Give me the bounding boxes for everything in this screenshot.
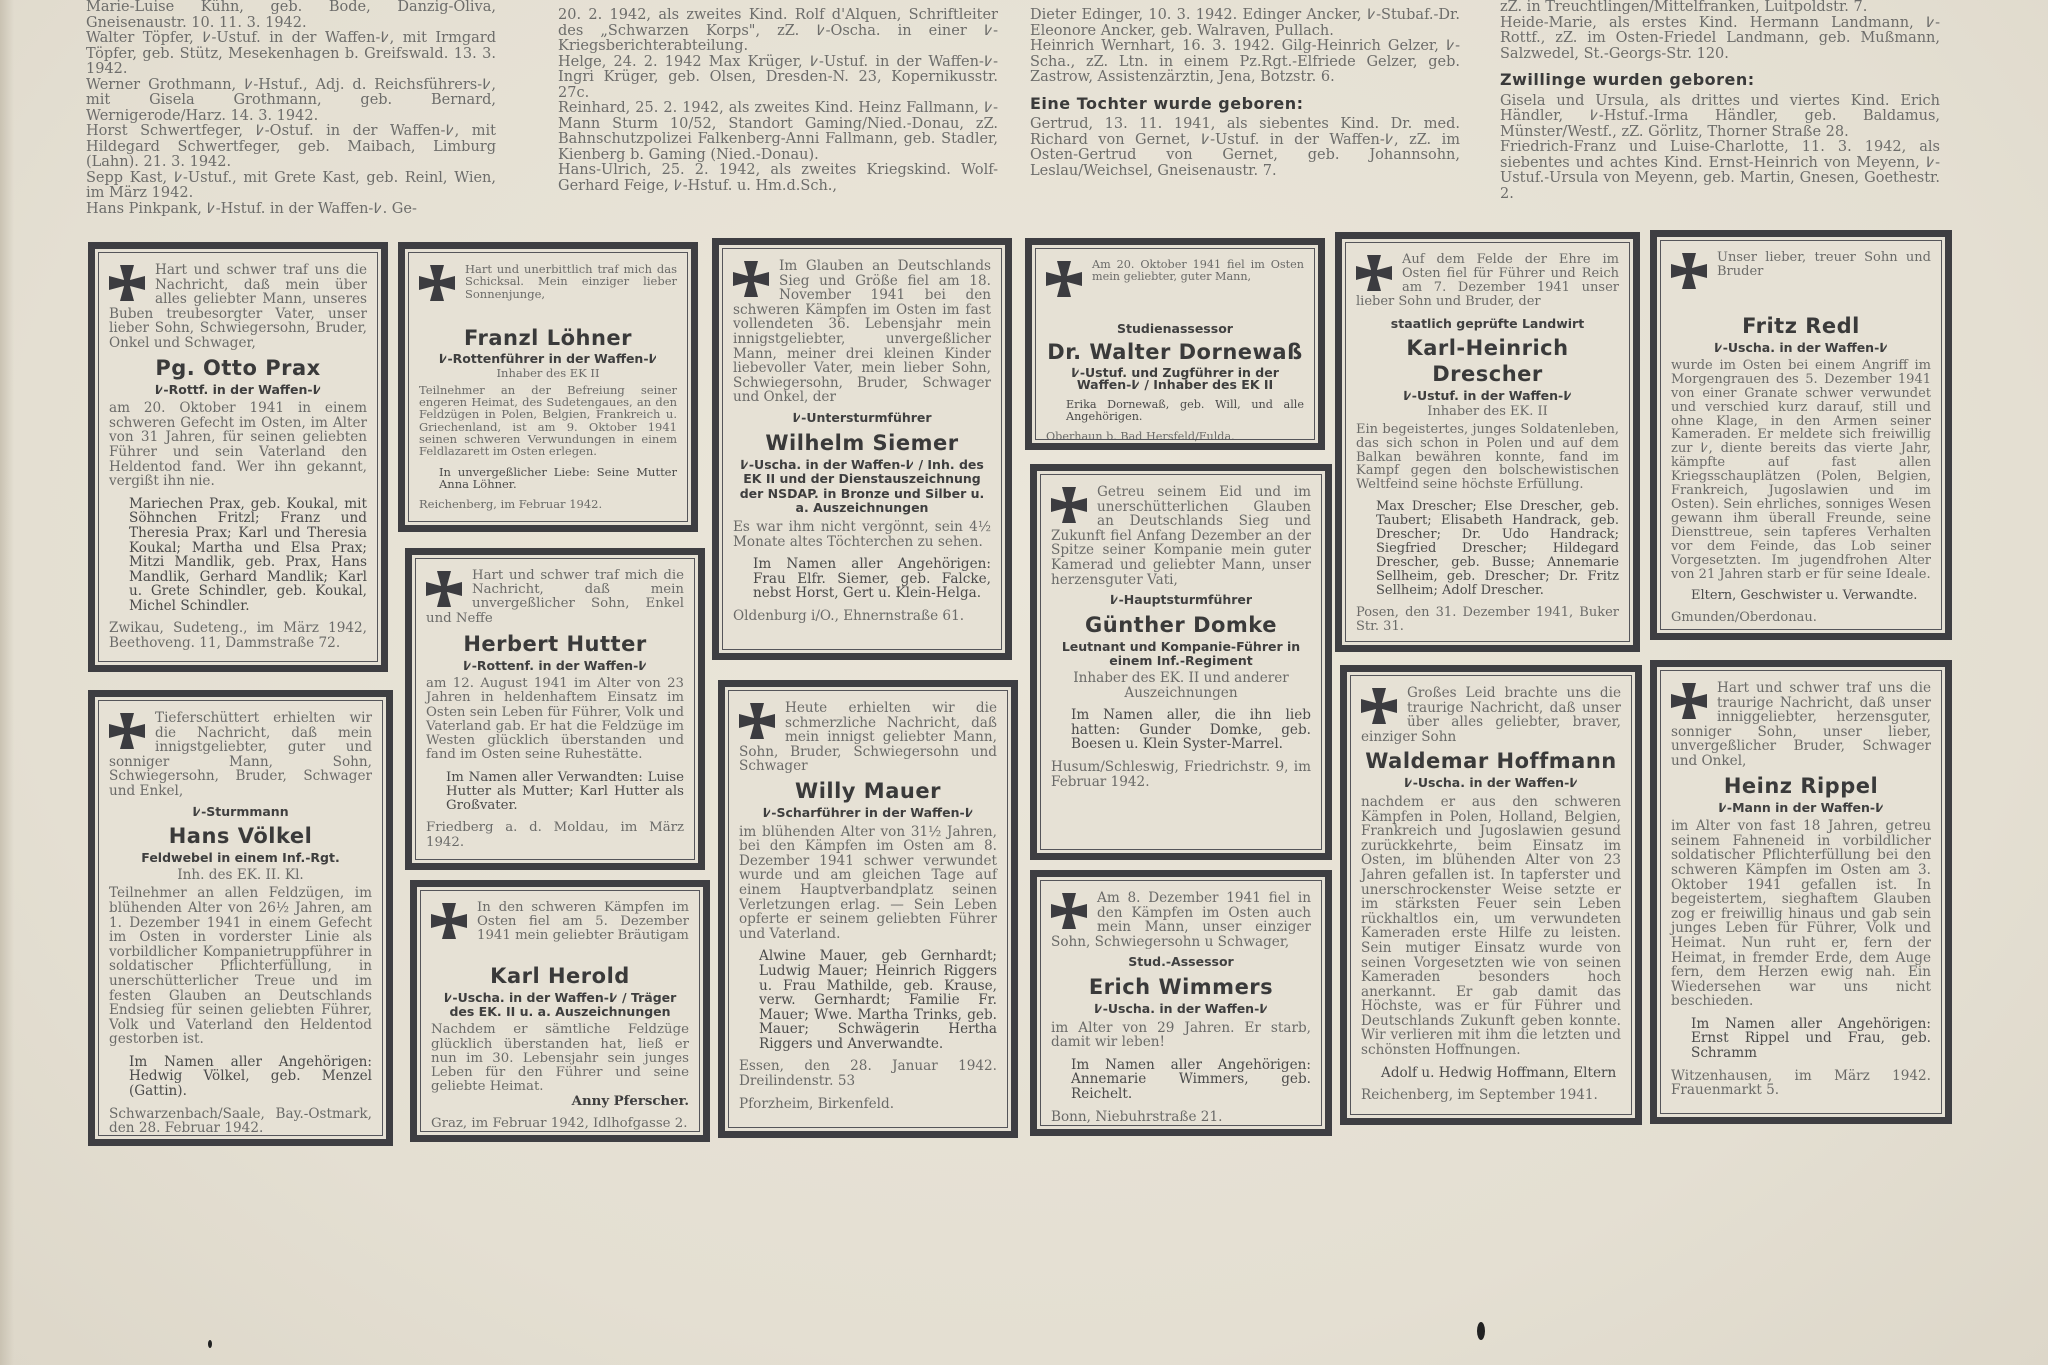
announcement: Helge, 24. 2. 1942 Max Krüger, ߇-Ustuf. … <box>558 55 998 102</box>
obituary-notice: Tieferschüttert erhielten wir die Nachri… <box>88 690 393 1146</box>
notice-intro: In den schweren Kämpfen im Osten fiel am… <box>431 901 689 959</box>
notice-unit: ߇-Uscha. in der Waffen-߇ <box>1361 776 1621 791</box>
announcement-column-2: 20. 2. 1942, als zweites Kind. Rolf d'Al… <box>558 8 998 194</box>
notice-mourners: Eltern, Geschwister u. Verwandte. <box>1691 589 1931 603</box>
announcement: Friedrich-Franz und Luise-Charlotte, 11.… <box>1500 140 1940 202</box>
notice-intro: Tieferschüttert erhielten wir die Nachri… <box>109 711 372 799</box>
notice-place-date: Essen, den 28. Januar 1942. Dreilindenst… <box>739 1059 997 1088</box>
notice-body: Es war ihm nicht vergönnt, sein 4½ Monat… <box>733 520 991 549</box>
notice-unit: Feldwebel in einem Inf.-Rgt. <box>109 851 372 866</box>
notice-intro-text: Großes Leid brachte uns die traurige Nac… <box>1361 685 1621 745</box>
notice-name: Karl-Heinrich Drescher <box>1356 335 1619 387</box>
notice-mourners: Max Drescher; Else Drescher, geb. Tauber… <box>1376 500 1619 597</box>
announcement: Hans-Ulrich, 25. 2. 1942, als zweites Kr… <box>558 163 998 194</box>
notice-decoration: Inhaber des EK II <box>419 367 677 379</box>
announcement: Gertrud, 13. 11. 1941, als siebentes Kin… <box>1030 117 1460 179</box>
notice-body: Nachdem er sämtliche Feldzüge glücklich … <box>431 1023 689 1094</box>
notice-intro-text: Tieferschüttert erhielten wir die Nachri… <box>109 710 372 799</box>
notice-name: Herbert Hutter <box>426 631 684 657</box>
notice-place-date: Friedberg a. d. Moldau, im März 1942. <box>426 821 684 849</box>
notice-place-date: Graz, im Februar 1942, Idlhofgasse 2. <box>431 1117 689 1131</box>
obituary-notice: Unser lieber, treuer Sohn und BruderFrit… <box>1650 230 1952 640</box>
notice-name: Erich Wimmers <box>1051 974 1311 1000</box>
iron-cross-icon <box>739 703 775 739</box>
notice-mourners: Mariechen Prax, geb. Koukal, mit Söhnche… <box>129 497 367 614</box>
iron-cross-icon <box>1046 261 1082 297</box>
iron-cross-icon <box>1051 893 1087 929</box>
notice-name: Franzl Löhner <box>419 325 677 351</box>
notice-place-date: Reichenberg, im Februar 1942. <box>419 498 677 510</box>
announcement: Sepp Kast, ߇-Ustuf., mit Grete Kast, geb… <box>86 171 496 202</box>
notice-name: Hans Völkel <box>109 823 372 849</box>
notice-unit: ߇-Rottf. in der Waffen-߇ <box>109 383 367 398</box>
page-edge-shadow <box>0 0 14 1365</box>
notice-intro-text: Getreu seinem Eid und im unerschütterlic… <box>1051 484 1311 588</box>
notice-place-date: Husum/Schleswig, Friedrichstr. 9, im Feb… <box>1051 760 1311 789</box>
notice-place-date: Witzenhausen, im März 1942. Frauenmarkt … <box>1671 1069 1931 1098</box>
notice-place-secondary: Pforzheim, Birkenfeld. <box>739 1097 997 1112</box>
notice-intro-text: Hart und schwer traf uns die traurige Na… <box>1671 680 1931 769</box>
iron-cross-icon <box>109 265 145 301</box>
iron-cross-icon <box>431 903 467 939</box>
obituary-notice: Am 8. Dezember 1941 fiel in den Kämpfen … <box>1030 870 1332 1136</box>
ink-speck <box>208 1340 212 1348</box>
notice-name: Karl Herold <box>431 963 689 989</box>
iron-cross-icon <box>1361 688 1397 724</box>
notice-name: Waldemar Hoffmann <box>1361 748 1621 774</box>
notice-body: Ein begeistertes, junges Soldatenleben, … <box>1356 423 1619 493</box>
notice-body: im blühenden Alter von 31½ Jahren, bei d… <box>739 825 997 942</box>
notice-mourners: Alwine Mauer, geb Gernhardt; Ludwig Maue… <box>759 949 997 1051</box>
notice-intro-text: Hart und schwer traf mich die Nachricht,… <box>426 568 684 626</box>
notice-mourners: Im Namen aller Verwandten: Luise Hutter … <box>446 771 684 814</box>
notice-mourners: Adolf u. Hedwig Hoffmann, Eltern <box>1381 1066 1621 1081</box>
notice-unit: ߇-Ustuf. und Zugführer in der Waffen-߇ /… <box>1046 367 1304 391</box>
notice-name: Wilhelm Siemer <box>733 430 991 456</box>
notice-decoration: Inhaber des EK. II und anderer Auszeichn… <box>1051 671 1311 700</box>
notice-name: Dr. Walter Dornewaß <box>1046 339 1304 365</box>
notice-intro-text: Hart und schwer traf uns die Nachricht, … <box>109 262 367 351</box>
notice-body: nachdem er aus den schweren Kämpfen in P… <box>1361 795 1621 1058</box>
obituary-notice: Hart und unerbittlich traf mich das Schi… <box>398 242 698 532</box>
notice-name: Günther Domke <box>1051 612 1311 638</box>
notice-body: am 20. Oktober 1941 in einem schweren Ge… <box>109 401 367 489</box>
notice-intro: Unser lieber, treuer Sohn und Bruder <box>1671 251 1931 309</box>
notice-intro-text: In den schweren Kämpfen im Osten fiel am… <box>477 900 689 943</box>
section-heading: Eine Tochter wurde geboren: <box>1030 96 1460 112</box>
obituary-notice: Großes Leid brachte uns die traurige Nac… <box>1340 665 1642 1125</box>
obituary-notice: Am 20. Oktober 1941 fiel im Osten mein g… <box>1025 238 1325 450</box>
notice-intro-text: Unser lieber, treuer Sohn und Bruder <box>1717 250 1931 279</box>
iron-cross-icon <box>1051 487 1087 523</box>
notice-mourners: Im Namen aller, die ihn lieb hatten: Gun… <box>1071 708 1311 752</box>
iron-cross-icon <box>109 713 145 749</box>
announcement: Horst Schwertfeger, ߇-Ostuf. in der Waff… <box>86 124 496 171</box>
announcement-column-4: zZ. in Treuchtlingen/Mittelfranken, Luit… <box>1500 0 1940 202</box>
notice-rank: ߇-Untersturmführer <box>733 411 991 426</box>
announcement: Dieter Edinger, 10. 3. 1942. Edinger Anc… <box>1030 8 1460 39</box>
obituary-notice: In den schweren Kämpfen im Osten fiel am… <box>410 880 710 1142</box>
notice-intro: Im Glauben an Deutschlands Sieg und Größ… <box>733 259 991 405</box>
notice-unit: ߇-Uscha. in der Waffen-߇ / Inh. des EK I… <box>733 458 991 516</box>
notice-mourners: Im Namen aller Angehörigen: Frau Elfr. S… <box>753 557 991 601</box>
obituary-notice: Getreu seinem Eid und im unerschütterlic… <box>1030 464 1332 860</box>
notice-unit: ߇-Uscha. in der Waffen-߇ <box>1051 1002 1311 1017</box>
notice-intro: Hart und unerbittlich traf mich das Schi… <box>419 263 677 321</box>
notice-decoration: Inhaber des EK. II <box>1356 405 1619 419</box>
iron-cross-icon <box>419 265 455 301</box>
announcement: Marie-Luise Kühn, geb. Bode, Danzig-Oliv… <box>86 0 496 31</box>
notice-place-date: Reichenberg, im September 1941. <box>1361 1088 1621 1103</box>
notice-intro: Großes Leid brachte uns die traurige Nac… <box>1361 686 1621 744</box>
notice-body: wurde im Osten bei einem Angriff im Morg… <box>1671 359 1931 582</box>
notice-unit: ߇-Scharführer in der Waffen-߇ <box>739 806 997 821</box>
announcement: Walter Töpfer, ߇-Ustuf. in der Waffen-߇,… <box>86 31 496 78</box>
notice-mourners: Im Namen aller Angehörigen: Ernst Rippel… <box>1691 1017 1931 1061</box>
notice-intro: Getreu seinem Eid und im unerschütterlic… <box>1051 485 1311 587</box>
announcement-column-1: Marie-Luise Kühn, geb. Bode, Danzig-Oliv… <box>86 0 496 217</box>
notice-unit: ߇-Rottenf. in der Waffen-߇ <box>426 659 684 673</box>
obituary-notice: Im Glauben an Deutschlands Sieg und Größ… <box>712 238 1012 660</box>
notice-body: am 12. August 1941 im Alter von 23 Jahre… <box>426 677 684 762</box>
iron-cross-icon <box>426 571 462 607</box>
ink-speck <box>1477 1322 1485 1340</box>
notice-unit: Leutnant und Kompanie-Führer in einem In… <box>1051 640 1311 669</box>
notice-place-date: Schwarzenbach/Saale, Bay.-Ostmark, den 2… <box>109 1107 372 1136</box>
notice-unit: ߇-Ustuf. in der Waffen-߇ <box>1356 389 1619 403</box>
notice-body: Teilnehmer an der Befreiung seiner enger… <box>419 384 677 458</box>
obituary-notice: Hart und schwer traf mich die Nachricht,… <box>405 548 705 870</box>
notice-name: Heinz Rippel <box>1671 773 1931 799</box>
notice-signoff: Anny Pferscher. <box>431 1095 689 1109</box>
notice-name: Willy Mauer <box>739 778 997 804</box>
notice-unit: ߇-Uscha. in der Waffen-߇ / Träger des EK… <box>431 991 689 1019</box>
notice-body: Teilnehmer an allen Feldzügen, im blühen… <box>109 886 372 1047</box>
notice-place-date: Posen, den 31. Dezember 1941, Buker Str.… <box>1356 606 1619 634</box>
announcement: Gisela und Ursula, als drittes und viert… <box>1500 94 1940 141</box>
notice-rank: ߇-Hauptsturmführer <box>1051 593 1311 608</box>
notice-decoration: Inh. des EK. II. Kl. <box>109 868 372 883</box>
notice-rank: staatlich geprüfte Landwirt <box>1356 317 1619 331</box>
notice-intro-text: Hart und unerbittlich traf mich das Schi… <box>465 262 677 301</box>
notice-intro: Am 20. Oktober 1941 fiel im Osten mein g… <box>1046 259 1304 317</box>
notice-intro: Hart und schwer traf uns die Nachricht, … <box>109 263 367 351</box>
iron-cross-icon <box>1671 253 1707 289</box>
notice-intro: Auf dem Felde der Ehre im Osten fiel für… <box>1356 253 1619 311</box>
obituary-notice: Hart und schwer traf uns die traurige Na… <box>1650 660 1952 1124</box>
announcement: Werner Grothmann, ߇-Hstuf., Adj. d. Reic… <box>86 78 496 125</box>
notice-rank: Stud.-Assessor <box>1051 955 1311 970</box>
notice-rank: Studienassessor <box>1046 323 1304 335</box>
obituary-notice: Hart und schwer traf uns die Nachricht, … <box>88 242 388 672</box>
section-heading: Zwillinge wurden geboren: <box>1500 72 1940 88</box>
notice-rank: ߇-Sturmmann <box>109 805 372 820</box>
notice-intro-text: Am 20. Oktober 1941 fiel im Osten mein g… <box>1092 258 1304 283</box>
notice-mourners: Erika Dornewaß, geb. Will, und alle Ange… <box>1066 399 1304 423</box>
notice-unit: ߇-Rottenführer in der Waffen-߇ <box>419 353 677 365</box>
notice-intro-text: Heute erhielten wir die schmerzliche Nac… <box>739 700 997 774</box>
notice-intro: Hart und schwer traf uns die traurige Na… <box>1671 681 1931 769</box>
notice-name: Pg. Otto Prax <box>109 355 367 381</box>
notice-intro-text: Im Glauben an Deutschlands Sieg und Größ… <box>733 258 991 405</box>
announcement: zZ. in Treuchtlingen/Mittelfranken, Luit… <box>1500 0 1940 16</box>
notice-mourners: Im Namen aller Angehörigen: Hedwig Völke… <box>129 1055 372 1099</box>
notice-mourners: In unvergeßlicher Liebe: Seine Mutter An… <box>439 466 677 491</box>
notice-place-date: Gmunden/Oberdonau. <box>1671 611 1931 625</box>
notice-body: im Alter von fast 18 Jahren, getreu sein… <box>1671 819 1931 1009</box>
iron-cross-icon <box>1356 255 1392 291</box>
announcement: Heide-Marie, als erstes Kind. Hermann La… <box>1500 16 1940 63</box>
notice-intro-text: Auf dem Felde der Ehre im Osten fiel für… <box>1356 252 1619 309</box>
notice-body: im Alter von 29 Jahren. Er starb, damit … <box>1051 1021 1311 1050</box>
iron-cross-icon <box>1671 683 1707 719</box>
notice-intro-text: Am 8. Dezember 1941 fiel in den Kämpfen … <box>1051 890 1311 950</box>
announcement: Reinhard, 25. 2. 1942, als zweites Kind.… <box>558 101 998 163</box>
notice-place-date: Zwikau, Sudeteng., im März 1942, Beethov… <box>109 621 367 650</box>
announcement: Hans Pinkpank, ߇-Hstuf. in der Waffen-߇.… <box>86 202 496 218</box>
obituary-notice: Heute erhielten wir die schmerzliche Nac… <box>718 680 1018 1138</box>
announcement-column-3: Dieter Edinger, 10. 3. 1942. Edinger Anc… <box>1030 8 1460 179</box>
notice-intro: Am 8. Dezember 1941 fiel in den Kämpfen … <box>1051 891 1311 949</box>
notice-mourners: Im Namen aller Angehörigen: Annemarie Wi… <box>1071 1058 1311 1102</box>
notice-place-date: Oberhaun b. Bad Hersfeld/Fulda. <box>1046 431 1304 443</box>
notice-unit: ߇-Uscha. in der Waffen-߇ <box>1671 341 1931 355</box>
notice-unit: ߇-Mann in der Waffen-߇ <box>1671 801 1931 816</box>
announcement: 20. 2. 1942, als zweites Kind. Rolf d'Al… <box>558 8 998 55</box>
announcement: Heinrich Wernhart, 16. 3. 1942. Gilg-Hei… <box>1030 39 1460 86</box>
notice-place-date: Bonn, Niebuhrstraße 21. <box>1051 1110 1311 1125</box>
notice-intro: Heute erhielten wir die schmerzliche Nac… <box>739 701 997 774</box>
notice-name: Fritz Redl <box>1671 313 1931 339</box>
obituary-notice: Auf dem Felde der Ehre im Osten fiel für… <box>1335 232 1640 652</box>
notice-place-date: Oldenburg i/O., Ehnernstraße 61. <box>733 609 991 624</box>
notice-intro: Hart und schwer traf mich die Nachricht,… <box>426 569 684 627</box>
iron-cross-icon <box>733 261 769 297</box>
